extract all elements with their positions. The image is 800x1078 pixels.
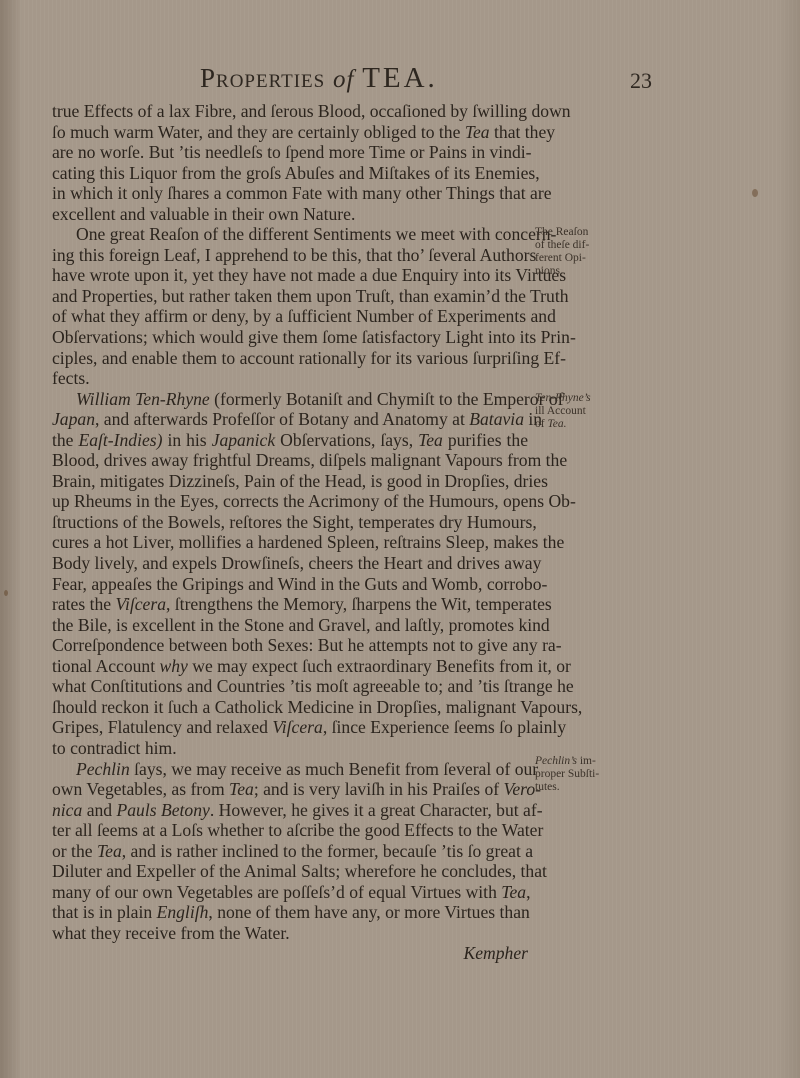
- text-line: that is in plain Engliſh, none of them h…: [52, 902, 528, 923]
- text-line: ſhould reckon it ſuch a Catholick Medici…: [52, 697, 528, 718]
- text-line: cating this Liquor from the groſs Abuſes…: [52, 163, 528, 184]
- text-line: Fear, appeaſes the Gripings and Wind in …: [52, 574, 528, 595]
- text-line: ſtructions of the Bowels, reſtores the S…: [52, 512, 528, 533]
- text-line: excellent and valuable in their own Natu…: [52, 204, 528, 225]
- text-line: Japan, and afterwards Profeſſor of Botan…: [52, 409, 528, 430]
- paragraph-start: One great Reaſon of the different Sentim…: [52, 224, 528, 245]
- book-page: Properties of TEA. 23 true Effects of a …: [0, 0, 800, 1078]
- text-line: fects.: [52, 368, 528, 389]
- text-line: tional Account why we may expect ſuch ex…: [52, 656, 528, 677]
- text-line: Body lively, and expels Drowſineſs, chee…: [52, 553, 528, 574]
- text-line: own Vegetables, as from Tea; and is very…: [52, 779, 528, 800]
- text-line: or the Tea, and is rather inclined to th…: [52, 841, 528, 862]
- paragraph-start: Pechlin ſays, we may receive as much Ben…: [52, 759, 528, 780]
- text-line: and Properties, but rather taken them up…: [52, 286, 528, 307]
- running-head: Properties of TEA.: [200, 62, 438, 95]
- text-line: Blood, drives away frightful Dreams, diſ…: [52, 450, 528, 471]
- text-line: ciples, and enable them to account ratio…: [52, 348, 528, 369]
- margin-note-reason: The Reaſon of theſe dif- ferent Opi- nio…: [535, 226, 589, 278]
- text-line: Brain, mitigates Dizzineſs, Pain of the …: [52, 471, 528, 492]
- text-line: what they receive from the Water.: [52, 923, 528, 944]
- text-line: ter all ſeems at a Loſs whether to aſcri…: [52, 820, 528, 841]
- running-head-subject: TEA.: [362, 62, 438, 94]
- text-line: true Effects of a lax Fibre, and ſerous …: [52, 101, 528, 122]
- page-number: 23: [630, 68, 652, 94]
- text-line: cures a hot Liver, mollifies a hardened …: [52, 532, 528, 553]
- text-line: Obſervations; which would give them ſome…: [52, 327, 528, 348]
- page-header: Properties of TEA. 23: [200, 62, 680, 102]
- text-line: what Conſtitutions and Countries ’tis mo…: [52, 676, 528, 697]
- catchword: Kempher: [52, 943, 528, 964]
- text-line: Gripes, Flatulency and relaxed Viſcera, …: [52, 717, 528, 738]
- body-text: true Effects of a lax Fibre, and ſerous …: [52, 101, 528, 964]
- text-line: are no worſe. But ’tis needleſs to ſpend…: [52, 142, 528, 163]
- text-line: Diluter and Expeller of the Animal Salts…: [52, 861, 528, 882]
- text-line: Correſpondence between both Sexes: But h…: [52, 635, 528, 656]
- running-head-connector: of: [333, 66, 354, 93]
- text-line: to contradict him.: [52, 738, 528, 759]
- paper-stain: [752, 189, 758, 197]
- text-line: in which it only ſhares a common Fate wi…: [52, 183, 528, 204]
- margin-note-ten-rhyne: Ten-Rhyne’s ill Account of Tea.: [535, 392, 591, 431]
- text-line: ing this foreign Leaf, I apprehend to be…: [52, 245, 528, 266]
- text-line: the Bile, is excellent in the Stone and …: [52, 615, 528, 636]
- text-line: rates the Viſcera, ſtrengthens the Memor…: [52, 594, 528, 615]
- text-line: the Eaſt-Indies) in his Japanick Obſerva…: [52, 430, 528, 451]
- text-line: nica and Pauls Betony. However, he gives…: [52, 800, 528, 821]
- paper-stain: [4, 590, 8, 596]
- text-line: many of our own Vegetables are poſſeſs’d…: [52, 882, 528, 903]
- text-line: up Rheums in the Eyes, corrects the Acri…: [52, 491, 528, 512]
- text-line: of what they affirm or deny, by a ſuffic…: [52, 306, 528, 327]
- paragraph-start: William Ten-Rhyne (formerly Botaniſt and…: [52, 389, 528, 410]
- running-head-word: Properties: [200, 63, 325, 93]
- margin-note-pechlin: Pechlin’s im- proper Subſti- tutes.: [535, 755, 599, 794]
- text-line: ſo much warm Water, and they are certain…: [52, 122, 528, 143]
- text-line: have wrote upon it, yet they have not ma…: [52, 265, 528, 286]
